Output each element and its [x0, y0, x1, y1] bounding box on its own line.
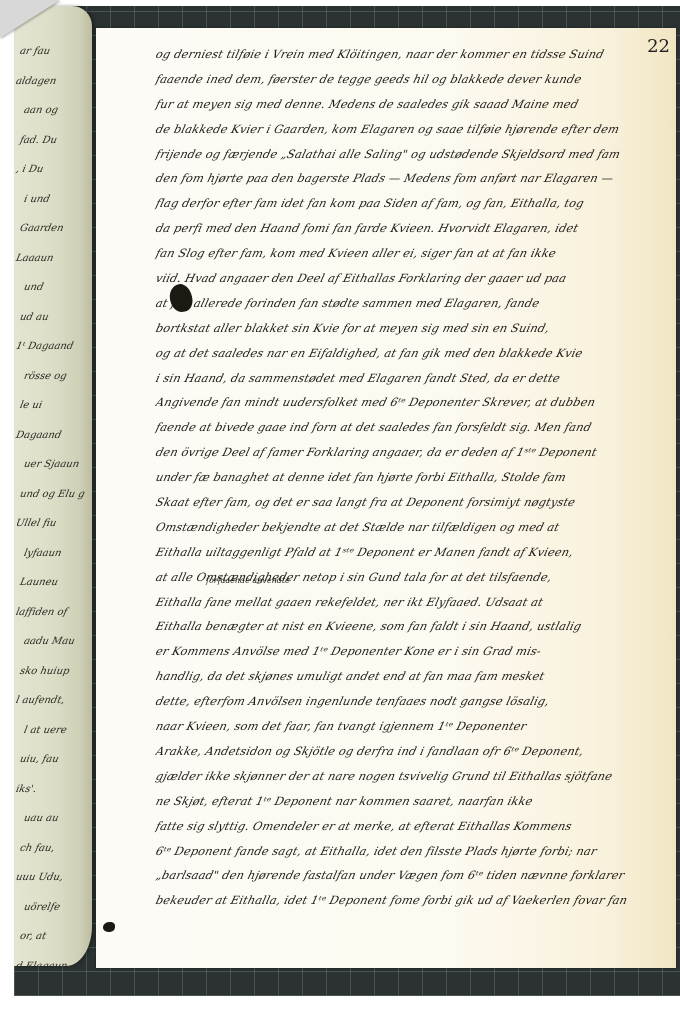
manuscript-line: Arakke, Andetsidon og Skjötle og derfra … — [153, 739, 669, 764]
left-page-fragment: uörelfe — [23, 902, 61, 913]
manuscript-scan: ar faualdagenaan ogfad. Du, i Dui undGaa… — [0, 0, 680, 1024]
manuscript-line: at alle Omstændigheder netop i sin Gund … — [153, 565, 669, 590]
manuscript-line: faaende ined dem, føerster de tegge geed… — [153, 67, 669, 92]
left-page-fragment: lyfaaun — [23, 548, 63, 559]
left-page-fragment: sko huiup — [19, 666, 71, 677]
left-page-fragment: i und — [23, 194, 51, 205]
left-page-fragment: rösse og — [23, 371, 68, 382]
manuscript-line: er Kommens Anvölse med 1ᵗᵉ Deponenter Ko… — [153, 639, 669, 664]
left-page-fragment: d Elagaun — [15, 961, 69, 967]
left-page-fragment: l aufendt, — [15, 695, 66, 706]
manuscript-line: ne Skjøt, efterat 1ᵗᵉ Deponent nar komme… — [153, 789, 669, 814]
manuscript-line: 6ᵗᵉ Deponent fande sagt, at Eithalla, id… — [153, 839, 669, 864]
left-page-fragment: l at uere — [23, 725, 68, 736]
manuscript-line: Eithalla fane mellat gaaen rekefeldet, n… — [153, 590, 669, 615]
left-page-fragment: uuu Udu, — [15, 872, 64, 883]
manuscript-line: Eithalla uiltaggenligt Pfald at 1ˢᵗᵉ Dep… — [153, 540, 669, 565]
manuscript-line: og at det saaledes nar en Eifaldighed, a… — [153, 341, 669, 366]
manuscript-line: og derniest tilføie i Vrein med Klöiting… — [153, 42, 669, 67]
manuscript-line: handlig, da det skjønes umuligt andet en… — [153, 664, 669, 689]
left-page-fragment: ch fau, — [19, 843, 56, 854]
left-page-fragment: und — [23, 282, 45, 293]
manuscript-line: naar Kvieen, som det faar, fan tvangt ig… — [153, 714, 669, 739]
manuscript-line: da perfi med den Haand fomi fan farde Kv… — [153, 216, 669, 241]
left-page-fragment: laffiden of — [15, 607, 68, 618]
manuscript-line: Omstændigheder bekjendte at det Stælde n… — [153, 515, 669, 540]
ink-drop — [103, 922, 115, 932]
left-page-fragment: ud au — [19, 312, 50, 323]
manuscript-line: den fom hjørte paa den bagerste Plads — … — [153, 166, 669, 191]
left-page-fragment: Laaaun — [15, 253, 55, 264]
left-page-fragment: aldagen — [15, 76, 58, 87]
manuscript-line: den övrige Deel af famer Forklaring anga… — [153, 440, 669, 465]
handwritten-text-block: og derniest tilføie i Vrein med Klöiting… — [156, 42, 666, 913]
manuscript-line: under fæ banaghet at denne idet fan hjør… — [153, 465, 669, 490]
manuscript-line: i sin Haand, da sammenstødet med Elagare… — [153, 366, 669, 391]
left-page-fragment: , i Du — [15, 164, 45, 175]
manuscript-line: at fan allerede forinden fan stødte samm… — [153, 291, 669, 316]
manuscript-line: faende at bivede gaae ind forn at det sa… — [153, 415, 669, 440]
manuscript-line: viid. Hvad angaaer den Deel af Eithallas… — [153, 266, 669, 291]
left-page-fragment: und og Elu g — [19, 489, 86, 500]
manuscript-line: fur at meyen sig med denne. Medens de sa… — [153, 92, 669, 117]
manuscript-line: Angivende fan mindt uudersfolket med 6ᵗᵉ… — [153, 390, 669, 415]
manuscript-line: fatte sig slyttig. Omendeler er at merke… — [153, 814, 669, 839]
left-page-fragment: fad. Du — [19, 135, 58, 146]
left-page-fragment: Ullel fiu — [15, 518, 58, 529]
manuscript-line: Skaat efter fam, og det er saa langt fra… — [153, 490, 669, 515]
left-page-fragment: uiu, fau — [19, 754, 60, 765]
left-page-fragment: or, at — [19, 931, 47, 942]
left-page-fragment: Gaarden — [19, 223, 65, 234]
manuscript-line: flag derfor efter fam idet fan kom paa S… — [153, 191, 669, 216]
manuscript-line: „barlsaad" den hjørende fastalfan under … — [153, 863, 669, 888]
manuscript-line: de blakkede Kvier i Gaarden, kom Elagare… — [153, 117, 669, 142]
manuscript-line: fan Slog efter fam, kom med Kvieen aller… — [153, 241, 669, 266]
left-page-fragment: aadu Mau — [23, 636, 76, 647]
main-page: 22 forfaaende anvendte og derniest tilfø… — [96, 28, 676, 968]
left-page-fragment: 1ᵗ Dagaand — [15, 341, 74, 352]
left-facing-page: ar faualdagenaan ogfad. Du, i Dui undGaa… — [14, 6, 92, 966]
left-page-fragment: ar fau — [19, 46, 51, 57]
manuscript-line: bortkstat aller blakket sin Kvie for at … — [153, 316, 669, 341]
manuscript-line: bekeuder at Eithalla, idet 1ᵗᵉ Deponent … — [153, 888, 669, 913]
left-page-fragment: iks'. — [15, 784, 38, 795]
corner-fold — [0, 0, 60, 38]
left-page-fragment: Launeu — [19, 577, 59, 588]
left-page-fragment: aan og — [23, 105, 59, 116]
manuscript-line: dette, efterfom Anvölsen ingenlunde tenf… — [153, 689, 669, 714]
left-page-fragment: uau au — [23, 813, 60, 824]
manuscript-line: frijende og færjende „Salathai alle Sali… — [153, 142, 669, 167]
manuscript-line: gjælder ikke skjønner der at nare nogen … — [153, 764, 669, 789]
left-page-fragment: uer Sjaaun — [23, 459, 80, 470]
left-page-fragment: Dagaand — [15, 430, 62, 441]
left-page-fragment: le ui — [19, 400, 43, 411]
manuscript-line: Eithalla benægter at nist en Kvieene, so… — [153, 614, 669, 639]
